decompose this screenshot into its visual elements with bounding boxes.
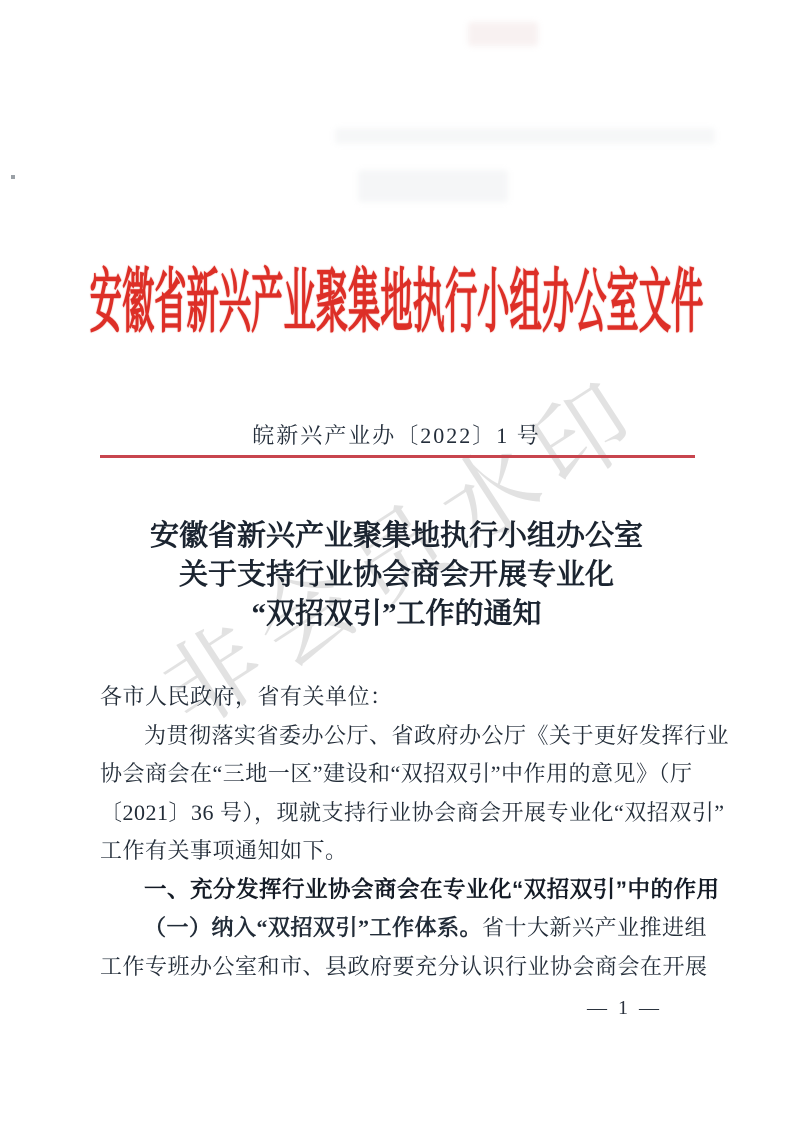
item1-rest: 省十大新兴产业推进组 xyxy=(482,915,707,940)
paragraph1-line4: 工作有关事项通知如下。 xyxy=(100,832,698,871)
document-title: 安徽省新兴产业聚集地执行小组办公室 关于支持行业协会商会开展专业化 “双招双引”… xyxy=(0,517,793,634)
red-divider-line xyxy=(100,455,695,458)
paragraph1-line1: 为贯彻落实省委办公厅、省政府办公厅《关于更好发挥行业 xyxy=(100,717,698,756)
page-number: — 1 — xyxy=(587,997,662,1020)
item1-line1: （一）纳入“双招双引”工作体系。省十大新兴产业推进组 xyxy=(100,909,698,948)
document-number: 皖新兴产业办〔2022〕1 号 xyxy=(0,419,793,450)
bleed-through-artifact xyxy=(358,170,508,202)
bleed-through-artifact xyxy=(335,128,715,144)
document-body: 各市人民政府，省有关单位： 为贯彻落实省委办公厅、省政府办公厅《关于更好发挥行业… xyxy=(100,678,698,986)
document-title-line1: 安徽省新兴产业聚集地执行小组办公室 xyxy=(0,517,793,556)
document-title-line3: “双招双引”工作的通知 xyxy=(0,595,793,634)
item1-lead: （一）纳入“双招双引”工作体系。 xyxy=(144,915,482,940)
bleed-through-artifact xyxy=(468,22,538,46)
paragraph1-line2: 协会商会在“三地一区”建设和“双招双引”中作用的意见》（厅 xyxy=(100,755,698,794)
salutation: 各市人民政府，省有关单位： xyxy=(100,678,698,717)
paragraph1-line3: 〔2021〕36 号），现就支持行业协会商会开展专业化“双招双引” xyxy=(100,794,698,833)
item1-line2: 工作专班办公室和市、县政府要充分认识行业协会商会在开展 xyxy=(100,948,698,987)
scan-speck xyxy=(11,175,15,179)
red-header-banner: 安徽省新兴产业聚集地执行小组办公室文件 xyxy=(20,239,773,370)
section1-heading: 一、充分发挥行业协会商会在专业化“双招双引”中的作用 xyxy=(100,871,698,910)
document-page: 非会员水印 安徽省新兴产业聚集地执行小组办公室文件 皖新兴产业办〔2022〕1 … xyxy=(0,0,793,1123)
document-title-line2: 关于支持行业协会商会开展专业化 xyxy=(0,556,793,595)
